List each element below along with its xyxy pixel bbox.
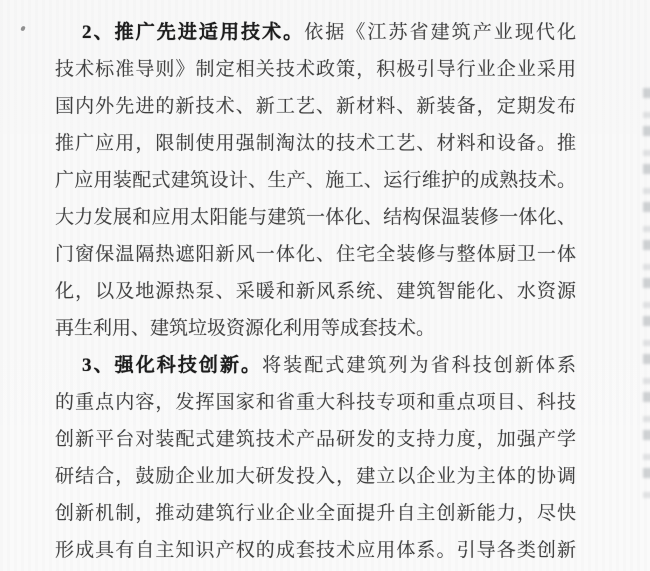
text-line-content: 再生利用、建筑垃圾资源化利用等成套技术。 — [55, 318, 435, 339]
text-line-content: 将装配式建筑列为省科技创新体系 — [262, 355, 576, 376]
text-line: 形成具有自主知识产权的成套技术应用体系。引导各类创新 — [55, 532, 576, 569]
text-line-content: 国内外先进的新技术、新工艺、新材料、新装备，定期发布 — [55, 96, 576, 117]
text-line: 再生利用、建筑垃圾资源化利用等成套技术。 — [55, 310, 576, 347]
text-line: 推广应用，限制使用强制淘汰的技术工艺、材料和设备。推 — [55, 125, 576, 162]
text-line-content: 形成具有自主知识产权的成套技术应用体系。引导各类创新 — [55, 540, 576, 561]
text-line-content: 创新平台对装配式建筑技术产品研发的支持力度，加强产学 — [55, 429, 576, 450]
text-line: 大力发展和应用太阳能与建筑一体化、结构保温装修一体化、 — [55, 199, 576, 236]
text-line: 门窗保温隔热遮阳新风一体化、住宅全装修与整体厨卫一体 — [55, 236, 576, 273]
text-line: 创新平台对装配式建筑技术产品研发的支持力度，加强产学 — [55, 421, 576, 458]
text-line-content: 创新机制，推动建筑行业企业全面提升自主创新能力，尽快 — [55, 503, 576, 524]
document-body: 2、推广先进适用技术。依据《江苏省建筑产业现代化 技术标准导则》制定相关技术政策… — [55, 14, 576, 569]
text-line: 创新机制，推动建筑行业企业全面提升自主创新能力，尽快 — [55, 495, 576, 532]
text-line-content: 研结合，鼓励企业加大研发投入，建立以企业为主体的协调 — [55, 466, 576, 487]
paragraph-lead: 3、强化科技创新。 — [82, 355, 262, 376]
scan-artifact-right-edge — [643, 88, 650, 498]
scanned-document-page: 2、推广先进适用技术。依据《江苏省建筑产业现代化 技术标准导则》制定相关技术政策… — [0, 0, 650, 571]
text-line: 化，以及地源热泵、采暖和新风系统、建筑智能化、水资源 — [55, 273, 576, 310]
text-line: 2、推广先进适用技术。依据《江苏省建筑产业现代化 — [55, 14, 576, 51]
text-line-content: 化，以及地源热泵、采暖和新风系统、建筑智能化、水资源 — [55, 281, 576, 302]
text-line-content: 依据《江苏省建筑产业现代化 — [304, 22, 576, 43]
text-line-content: 大力发展和应用太阳能与建筑一体化、结构保温装修一体化、 — [55, 207, 576, 228]
text-line: 研结合，鼓励企业加大研发投入，建立以企业为主体的协调 — [55, 458, 576, 495]
text-line-content: 门窗保温隔热遮阳新风一体化、住宅全装修与整体厨卫一体 — [55, 244, 576, 265]
paragraph-lead: 2、推广先进适用技术。 — [82, 22, 304, 43]
text-line-content: 广应用装配式建筑设计、生产、施工、运行维护的成熟技术。 — [55, 170, 576, 191]
text-line-content: 的重点内容，发挥国家和省重大科技专项和重点项目、科技 — [55, 392, 576, 413]
scan-speck — [20, 26, 25, 32]
text-line-content: 推广应用，限制使用强制淘汰的技术工艺、材料和设备。推 — [55, 133, 576, 154]
text-line: 广应用装配式建筑设计、生产、施工、运行维护的成熟技术。 — [55, 162, 576, 199]
text-line: 技术标准导则》制定相关技术政策，积极引导行业企业采用 — [55, 51, 576, 88]
text-line: 3、强化科技创新。将装配式建筑列为省科技创新体系 — [55, 347, 576, 384]
text-line: 国内外先进的新技术、新工艺、新材料、新装备，定期发布 — [55, 88, 576, 125]
text-line-content: 技术标准导则》制定相关技术政策，积极引导行业企业采用 — [55, 59, 576, 80]
text-line: 的重点内容，发挥国家和省重大科技专项和重点项目、科技 — [55, 384, 576, 421]
